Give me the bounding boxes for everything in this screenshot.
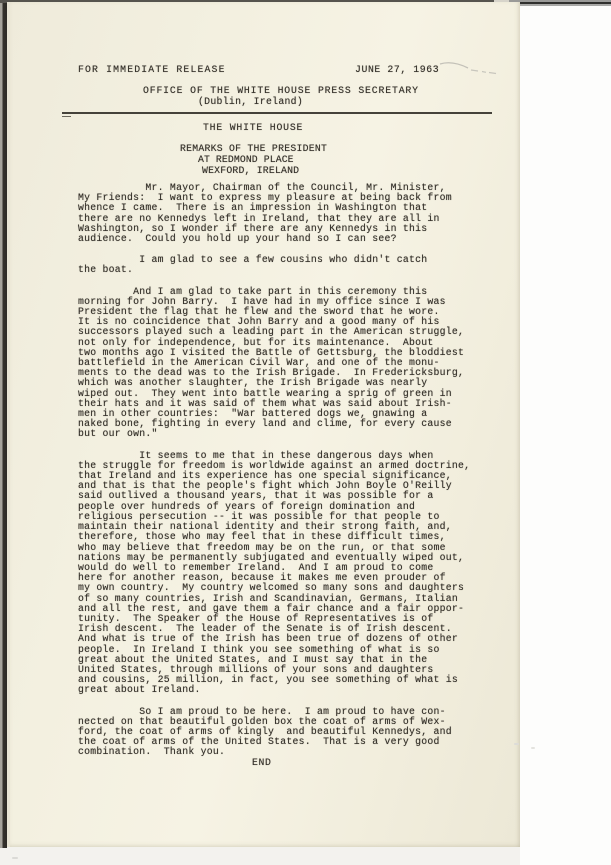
document-subheading-1: REMARKS OF THE PRESIDENT	[180, 144, 327, 154]
paragraph-4: It seems to me that in these dangerous d…	[78, 451, 470, 696]
pencil-mark	[438, 57, 502, 81]
document-page: FOR IMMEDIATE RELEASE JUNE 27, 1963 OFFI…	[7, 2, 520, 847]
paragraph-5: So I am proud to be here. I am proud to …	[78, 707, 470, 758]
document-heading: THE WHITE HOUSE	[203, 123, 303, 133]
release-date: JUNE 27, 1963	[355, 65, 439, 75]
document-subheading-3: WEXFORD, IRELAND	[202, 166, 299, 176]
scanner-backdrop-bottom	[0, 847, 520, 865]
paragraph-1: Mr. Mayor, Chairman of the Council, Mr. …	[78, 183, 470, 244]
paragraph-3: And I am glad to take part in this cerem…	[78, 287, 470, 440]
header-rule-tick	[62, 116, 71, 117]
scan-speck	[531, 747, 535, 749]
office-location-line: (Dublin, Ireland)	[198, 97, 303, 107]
office-line: OFFICE OF THE WHITE HOUSE PRESS SECRETAR…	[143, 86, 419, 96]
release-label: FOR IMMEDIATE RELEASE	[78, 65, 226, 75]
scan-speck	[514, 743, 519, 745]
paragraph-2: I am glad to see a few cousins who didn'…	[78, 255, 470, 275]
document-scan: FOR IMMEDIATE RELEASE JUNE 27, 1963 OFFI…	[0, 0, 611, 865]
scan-speck	[12, 857, 18, 859]
speech-body: Mr. Mayor, Chairman of the Council, Mr. …	[78, 183, 470, 769]
scan-top-edge-dark	[509, 0, 611, 6]
page-left-shadow-edge	[0, 0, 7, 848]
document-subheading-2: AT REDMOND PLACE	[198, 155, 294, 165]
header-rule	[62, 112, 492, 114]
end-marker: END	[252, 758, 271, 768]
